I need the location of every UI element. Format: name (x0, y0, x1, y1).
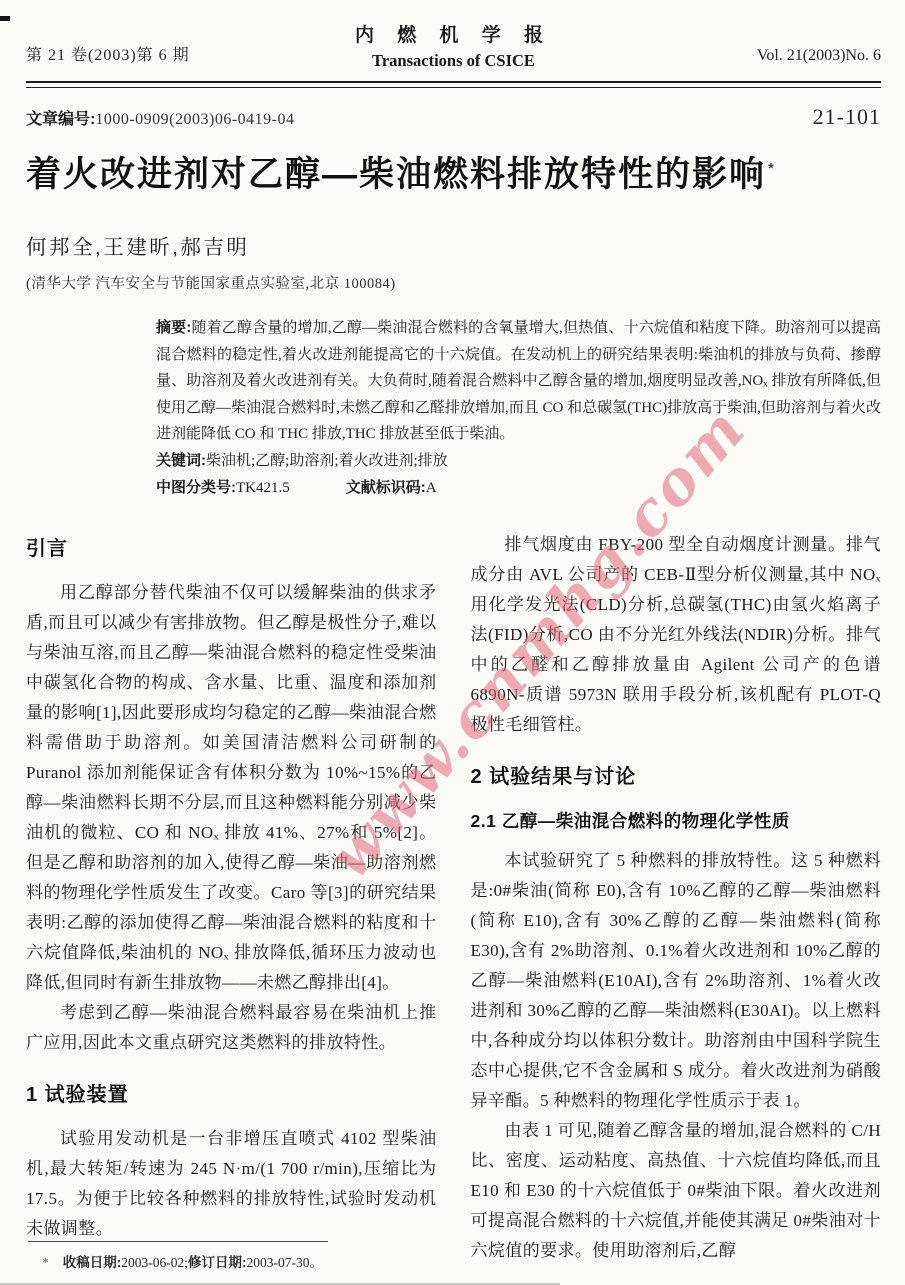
section1-heading: 1 试验装置 (26, 1080, 437, 1110)
doc-code-label: 文献标识码: (346, 479, 426, 496)
scan-artifact-top (0, 16, 10, 21)
title-footnote-mark: * (768, 160, 776, 177)
left-column: 引言 用乙醇部分替代柴油不仅可以缓解柴油的供求矛盾,而且可以减少有害排放物。但乙… (26, 530, 437, 1266)
journal-title-en: Transactions of CSICE (256, 51, 651, 71)
abstract-block: 摘要:随着乙醇含量的增加,乙醇—柴油混合燃料的含氧量增大,但热值、十六烷值和粘度… (156, 315, 881, 502)
footnote-divider (28, 1241, 328, 1242)
issue-info-left: 第 21 卷(2003)第 6 期 (26, 42, 256, 71)
body-columns: 引言 用乙醇部分替代柴油不仅可以缓解柴油的供求矛盾,而且可以减少有害排放物。但乙… (26, 530, 881, 1266)
paper-title-text: 着火改进剂对乙醇—柴油燃料排放特性的影响 (26, 155, 766, 194)
section2-heading: 2 试验结果与讨论 (471, 762, 882, 792)
abstract-text: 随着乙醇含量的增加,乙醇—柴油混合燃料的含氧量增大,但热值、十六烷值和粘度下降。… (156, 320, 881, 442)
clc-value: TK421.5 (236, 480, 290, 496)
abstract-label: 摘要: (156, 319, 191, 336)
paper-page: 第 21 卷(2003)第 6 期 内 燃 机 学 报 Transactions… (0, 0, 905, 1285)
footnote-text: *收稿日期:2003-06-02;修订日期:2003-07-30。 (28, 1251, 458, 1271)
right-column: 排气烟度由 FBY-200 型全自动烟度计测量。排气成分由 AVL 公司产的 C… (471, 530, 882, 1266)
intro-heading: 引言 (26, 534, 437, 564)
abstract-paragraph: 摘要:随着乙醇含量的增加,乙醇—柴油混合燃料的含氧量增大,但热值、十六烷值和粘度… (156, 315, 881, 448)
revised-date: 2003-07-30。 (247, 1255, 324, 1270)
section2-1-heading: 2.1 乙醇—柴油混合燃料的物理化学性质 (471, 806, 882, 836)
fuels-paragraph: 本试验研究了 5 种燃料的排放特性。这 5 种燃料是:0#柴油(简称 E0),含… (471, 846, 882, 1116)
paper-title: 着火改进剂对乙醇—柴油燃料排放特性的影响* (26, 154, 881, 196)
table1-discussion-paragraph: 由表 1 可见,随着乙醇含量的增加,混合燃料的 C/H 比、密度、运动粘度、高热… (471, 1116, 882, 1266)
journal-header: 第 21 卷(2003)第 6 期 内 燃 机 学 报 Transactions… (26, 20, 881, 71)
intro-paragraph-1: 用乙醇部分替代柴油不仅可以缓解柴油的供求矛盾,而且可以减少有害排放物。但乙醇是极… (26, 578, 437, 998)
received-date: 2003-06-02; (121, 1255, 188, 1270)
keywords-text: 柴油机;乙醇;助溶剂;着火改进剂;排放 (206, 453, 448, 469)
doc-code-value: A (426, 480, 437, 496)
intro-paragraph-2: 考虑到乙醇—柴油混合燃料最容易在柴油机上推广应用,因此本文重点研究这类燃料的排放… (26, 998, 437, 1058)
journal-title-block: 内 燃 机 学 报 Transactions of CSICE (256, 20, 651, 71)
instruments-paragraph: 排气烟度由 FBY-200 型全自动烟度计测量。排气成分由 AVL 公司产的 C… (471, 530, 882, 740)
section1-paragraph: 试验用发动机是一台非增压直喷式 4102 型柴油机,最大转矩/转速为 245 N… (26, 1124, 437, 1244)
keywords-line: 关键词:柴油机;乙醇;助溶剂;着火改进剂;排放 (156, 448, 881, 475)
footnote-mark: * (42, 1255, 49, 1270)
article-number-label: 文章编号: (26, 111, 95, 128)
header-divider (26, 81, 881, 88)
footnote-block: *收稿日期:2003-06-02;修订日期:2003-07-30。 (28, 1241, 458, 1271)
article-number: 文章编号:1000-0909(2003)06-0419-04 (26, 106, 294, 129)
article-number-value: 1000-0909(2003)06-0419-04 (95, 111, 294, 128)
authors: 何邦全,王建昕,郝吉明 (26, 230, 881, 260)
revised-date-label: 修订日期: (188, 1255, 247, 1270)
received-date-label: 收稿日期: (63, 1255, 122, 1270)
affiliation: (清华大学 汽车安全与节能国家重点实验室,北京 100084) (26, 272, 881, 293)
clc-label: 中图分类号: (156, 479, 236, 496)
classification-line: 中图分类号:TK421.5文献标识码:A (156, 475, 881, 502)
keywords-label: 关键词: (156, 452, 206, 469)
page-code: 21-101 (813, 104, 881, 130)
journal-title-cn: 内 燃 机 学 报 (256, 20, 651, 47)
meta-row: 文章编号:1000-0909(2003)06-0419-04 21-101 (26, 104, 881, 130)
issue-info-right: Vol. 21(2003)No. 6 (651, 47, 881, 71)
